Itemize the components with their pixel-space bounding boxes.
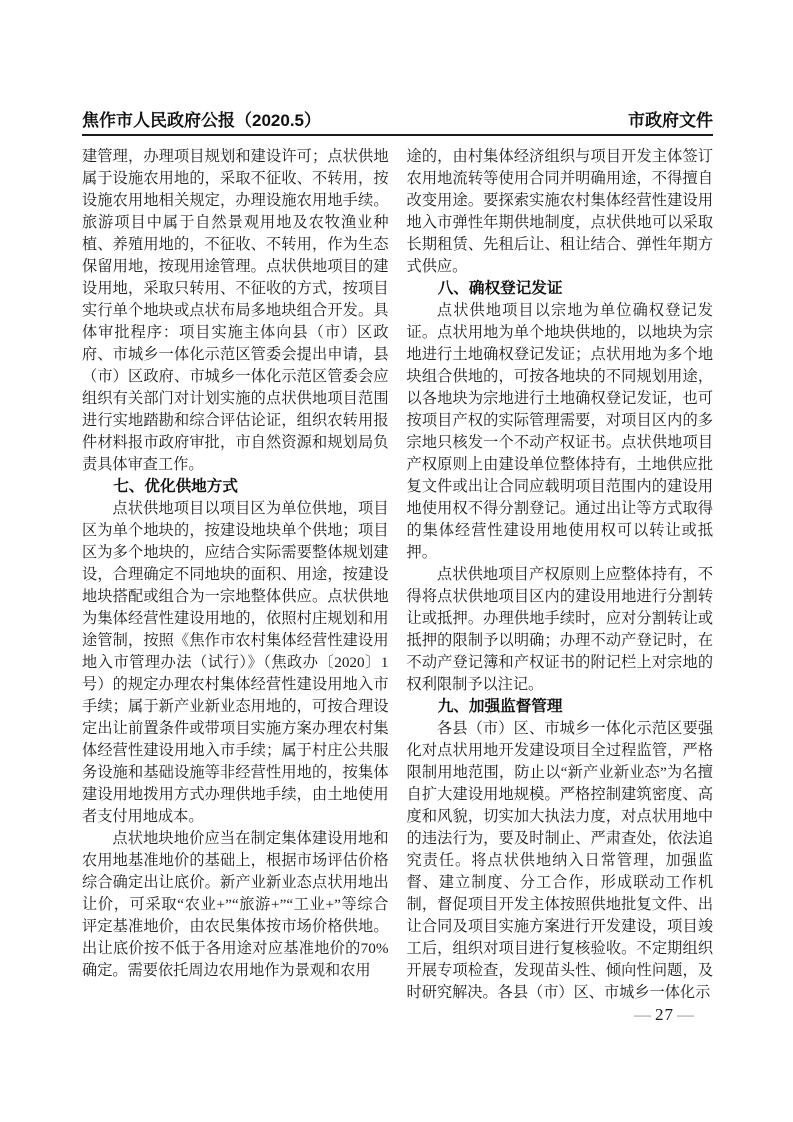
page-number-dash-right: —: [677, 1005, 695, 1024]
page-number: —27—: [634, 1005, 695, 1025]
page-number-dash-left: —: [634, 1005, 652, 1024]
publication-title: 焦作市人民政府公报（2020.5）: [82, 106, 321, 131]
document-body: 建管理，办理项目规划和建设许可；点状供地属于设施农用地的，采取不征收、不转用，按…: [82, 146, 713, 1004]
section-heading: 九、加强监督管理: [407, 696, 714, 718]
body-paragraph: 点状供地项目以宗地为单位确权登记发证。点状用地为单个地块供地的，以地块为宗地进行…: [407, 300, 714, 564]
body-paragraph: 建管理，办理项目规划和建设许可；点状供地属于设施农用地的，采取不征收、不转用，按…: [82, 146, 389, 476]
document-category-label: 市政府文件: [628, 106, 713, 131]
section-heading: 八、确权登记发证: [407, 278, 714, 300]
left-column: 建管理，办理项目规划和建设许可；点状供地属于设施农用地的，采取不征收、不转用，按…: [82, 146, 389, 1004]
page-number-value: 27: [652, 1005, 677, 1024]
section-heading: 七、优化供地方式: [82, 476, 389, 498]
header-rule: [82, 134, 713, 136]
body-paragraph: 途的，由村集体经济组织与项目开发主体签订农用地流转等使用合同并明确用途，不得擅自…: [407, 146, 714, 278]
body-paragraph: 点状地块地价应当在制定集体建设用地和农用地基准地价的基础上，根据市场评估价格综合…: [82, 828, 389, 982]
body-paragraph: 各县（市）区、市城乡一体化示范区要强化对点状用地开发建设项目全过程监管，严格限制…: [407, 718, 714, 1004]
right-column: 途的，由村集体经济组织与项目开发主体签订农用地流转等使用合同并明确用途，不得擅自…: [407, 146, 714, 1004]
body-paragraph: 点状供地项目产权原则上应整体持有，不得将点状供地项目区内的建设用地进行分割转让或…: [407, 564, 714, 696]
page-header: 焦作市人民政府公报（2020.5） 市政府文件: [82, 106, 713, 131]
body-paragraph: 点状供地项目以项目区为单位供地，项目区为单个地块的，按建设地块单个供地；项目区为…: [82, 498, 389, 828]
